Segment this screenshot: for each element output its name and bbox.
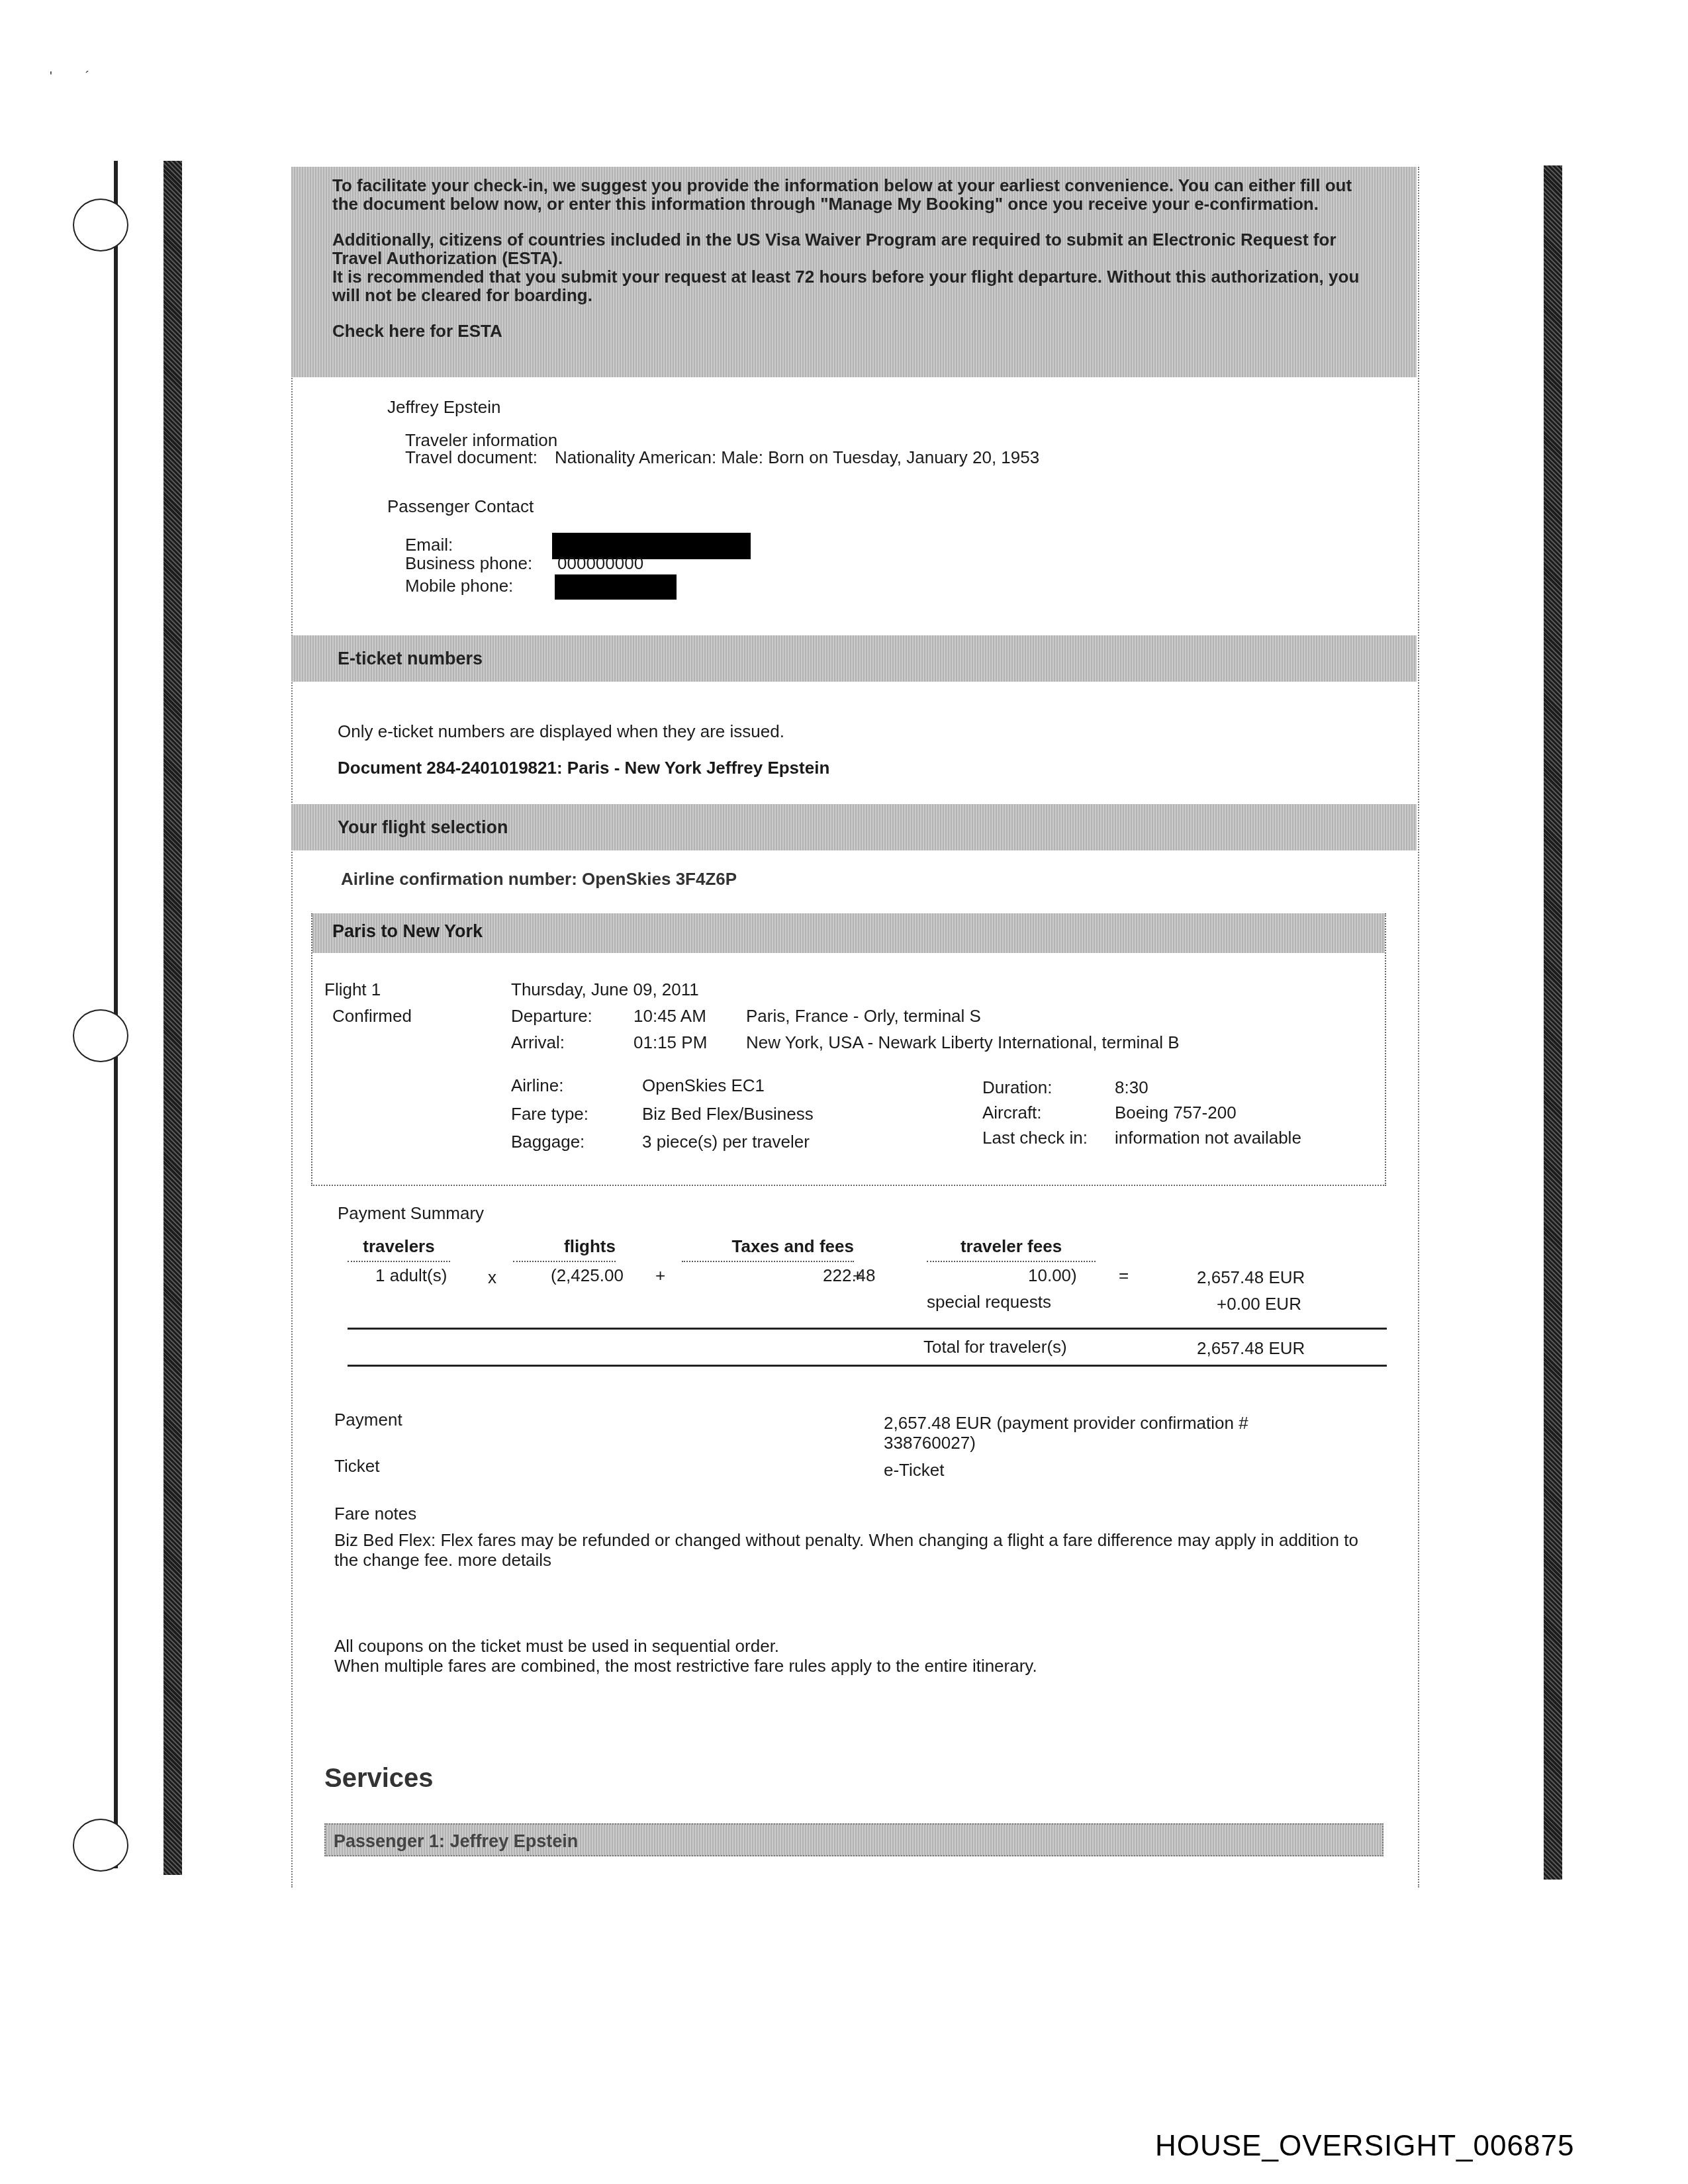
total-rule-top <box>348 1328 1387 1330</box>
fare-type-value: Biz Bed Flex/Business <box>642 1104 814 1124</box>
departure-label: Departure: <box>511 1006 592 1026</box>
baggage-value: 3 piece(s) per traveler <box>642 1132 810 1152</box>
passenger-services-bar: Passenger 1: Jeffrey Epstein <box>324 1823 1383 1856</box>
esta-paragraph: Additionally, citizens of countries incl… <box>332 230 1376 267</box>
payment-summary-heading: Payment Summary <box>338 1203 484 1224</box>
aircraft-label: Aircraft: <box>982 1103 1042 1123</box>
coupon-rule-1: All coupons on the ticket must be used i… <box>334 1636 1037 1656</box>
fare-type-label: Fare type: <box>511 1104 588 1124</box>
flight-status: Confirmed <box>332 1006 412 1026</box>
email-label: Email: <box>405 535 557 555</box>
mobile-phone-redacted <box>555 574 677 600</box>
traveler-section: Jeffrey Epstein Traveler information Tra… <box>291 377 1417 629</box>
flight-date: Thursday, June 09, 2011 <box>511 979 699 1000</box>
airline-value: OpenSkies EC1 <box>642 1075 765 1096</box>
travel-document-label: Travel document: <box>405 447 538 467</box>
travelers-value: 1 adult(s) <box>375 1265 447 1286</box>
business-phone-value: 000000000 <box>557 553 643 573</box>
checkin-notice: To facilitate your check-in, we suggest … <box>291 167 1417 377</box>
scan-edge-bar-left <box>164 161 182 1875</box>
payment-value-line2: 338760027) <box>884 1433 1248 1453</box>
scan-edge-bar-right <box>1544 165 1562 1880</box>
last-checkin-label: Last check in: <box>982 1128 1088 1148</box>
mobile-phone-label: Mobile phone: <box>405 576 557 596</box>
arrival-label: Arrival: <box>511 1032 565 1053</box>
plus-sign: + <box>853 1265 863 1286</box>
payment-label: Payment <box>334 1410 402 1430</box>
times-sign: x <box>488 1267 496 1288</box>
ticket-label: Ticket <box>334 1456 379 1476</box>
departure-time: 10:45 AM <box>633 1006 706 1026</box>
binder-hole-icon <box>73 1819 128 1872</box>
checkin-paragraph: To facilitate your check-in, we suggest … <box>332 176 1376 213</box>
mobile-phone-row: Mobile phone: <box>405 574 677 600</box>
business-phone-row: Business phone:000000000 <box>405 553 643 574</box>
services-heading: Services <box>324 1764 434 1794</box>
arrival-place: New York, USA - Newark Liberty Internati… <box>746 1032 1180 1053</box>
special-requests-label: special requests <box>927 1292 1051 1312</box>
flight-card: Paris to New York Flight 1 Confirmed Thu… <box>311 913 1386 1186</box>
taxes-value: 222.48 <box>823 1265 876 1286</box>
col-travelers: travelers <box>348 1236 450 1262</box>
duration-label: Duration: <box>982 1077 1053 1098</box>
eticket-header: E-ticket numbers <box>291 635 1417 682</box>
col-taxes: Taxes and fees <box>682 1236 854 1262</box>
aircraft-value: Boeing 757-200 <box>1115 1103 1237 1123</box>
scan-specks: ' ´ <box>50 69 90 85</box>
col-traveler-fees: traveler fees <box>927 1236 1096 1262</box>
ticket-value: e-Ticket <box>884 1460 945 1480</box>
eticket-document: Document 284-2401019821: Paris - New Yor… <box>338 758 829 778</box>
subtotal-value: 2,657.48 EUR <box>1197 1267 1305 1288</box>
equals-sign: = <box>1119 1265 1129 1286</box>
route-header: Paris to New York <box>312 913 1385 953</box>
traveler-name: Jeffrey Epstein <box>387 397 501 418</box>
airline-confirmation: Airline confirmation number: OpenSkies 3… <box>341 869 737 889</box>
eticket-note: Only e-ticket numbers are displayed when… <box>338 721 784 742</box>
departure-place: Paris, France - Orly, terminal S <box>746 1006 981 1026</box>
payment-value-line1: 2,657.48 EUR (payment provider confirmat… <box>884 1413 1248 1433</box>
arrival-time: 01:15 PM <box>633 1032 707 1053</box>
travel-document-value: Nationality American: Male: Born on Tues… <box>555 447 1039 467</box>
eticket-section: Only e-ticket numbers are displayed when… <box>291 702 1417 801</box>
travel-document-row: Travel document:Nationality American: Ma… <box>405 447 1039 468</box>
esta-link[interactable]: Check here for ESTA <box>332 321 502 341</box>
payment-value: 2,657.48 EUR (payment provider confirmat… <box>884 1413 1248 1453</box>
special-requests-value: +0.00 EUR <box>1217 1294 1301 1314</box>
fare-notes-text: Biz Bed Flex: Flex fares may be refunded… <box>334 1530 1367 1570</box>
airline-label: Airline: <box>511 1075 563 1096</box>
total-value: 2,657.48 EUR <box>1197 1338 1305 1359</box>
duration-value: 8:30 <box>1115 1077 1149 1098</box>
flights-value: (2,425.00 <box>551 1265 624 1286</box>
passenger-contact-heading: Passenger Contact <box>387 496 534 517</box>
coupon-rules: All coupons on the ticket must be used i… <box>334 1636 1037 1676</box>
esta-recommendation: It is recommended that you submit your r… <box>332 267 1376 304</box>
traveler-fees-value: 10.00) <box>1028 1265 1077 1286</box>
flight-selection-header: Your flight selection <box>291 804 1417 850</box>
coupon-rule-2: When multiple fares are combined, the mo… <box>334 1656 1037 1676</box>
last-checkin-value: information not available <box>1115 1128 1301 1148</box>
business-phone-label: Business phone: <box>405 553 557 574</box>
plus-sign: + <box>655 1265 665 1286</box>
fare-notes-heading: Fare notes <box>334 1504 416 1524</box>
total-rule-bottom <box>348 1365 1387 1367</box>
flight-label: Flight 1 <box>324 979 381 1000</box>
col-flights: flights <box>513 1236 616 1262</box>
binder-hole-icon <box>73 199 128 251</box>
baggage-label: Baggage: <box>511 1132 585 1152</box>
binder-hole-icon <box>73 1009 128 1062</box>
total-label: Total for traveler(s) <box>923 1337 1067 1357</box>
more-details-link[interactable]: more details <box>458 1550 552 1570</box>
bates-number: HOUSE_OVERSIGHT_006875 <box>1155 2130 1574 2163</box>
